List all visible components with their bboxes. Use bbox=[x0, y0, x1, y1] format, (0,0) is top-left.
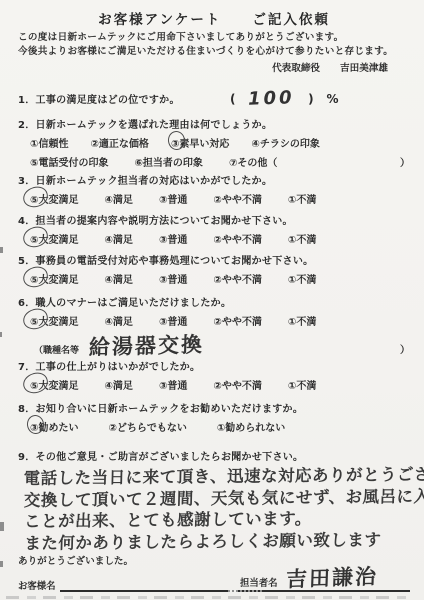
staff-name-group: 担当者名 吉田謙治 bbox=[238, 567, 410, 592]
choice-option: ②やや不満 bbox=[213, 377, 261, 392]
job-type-paren-close: ） bbox=[400, 341, 410, 356]
scan-artifact bbox=[0, 561, 3, 567]
choice-option: ②どちらでもない bbox=[108, 419, 186, 434]
handwritten-comment: 電話した当日に来て頂き、迅速な対応ありがとうございました。 交換して頂いて２週間… bbox=[24, 464, 411, 554]
question-6-label: 6．職人のマナーはご満足いただけましたか。 bbox=[18, 294, 410, 309]
question-6: 6．職人のマナーはご満足いただけましたか。 ⑤大変満足 ④満足 ③普通 ②やや不… bbox=[18, 294, 410, 360]
choice-option-selected: ③勧めたい bbox=[30, 419, 78, 434]
question-8-label: 8．お知り合いに日新ホームテックをお勧めいただけますか。 bbox=[18, 400, 410, 415]
choice-option: ①不満 bbox=[288, 191, 316, 206]
question-5-choices: ⑤大変満足 ④満足 ③普通 ②やや不満 ①不満 bbox=[30, 271, 410, 286]
choice-option: ①不満 bbox=[288, 271, 316, 286]
question-4-label: 4．担当者の提案内容や説明方法についてお聞かせ下さい。 bbox=[18, 212, 410, 227]
question-7: 7．工事の仕上がりはいかがでしたか。 ⑤大変満足 ④満足 ③普通 ②やや不満 ①… bbox=[18, 358, 410, 392]
choice-option-selected: ⑤大変満足 bbox=[30, 191, 78, 206]
choice-option: ④満足 bbox=[104, 231, 132, 246]
customer-name-group: お客様名 bbox=[18, 578, 228, 592]
choice-option: ①不満 bbox=[288, 313, 316, 328]
intro-line-2: 今後共よりお客様にご満足いただける住まいづくりを心がけて参りたいと存じます。 bbox=[18, 45, 410, 59]
handwritten-staff-name: 吉田謙治 bbox=[285, 565, 378, 590]
comment-line-4: また何かありましたらよろしくお願い致します bbox=[24, 528, 411, 554]
question-7-label: 7．工事の仕上がりはいかがでしたか。 bbox=[18, 358, 410, 373]
choice-option: ②やや不満 bbox=[213, 313, 261, 328]
question-2-label: 2．日新ホームテックを選ばれた理由は何でしょうか。 bbox=[18, 116, 410, 131]
question-1: 1．工事の満足度はどの位ですか。 ( 100 ) % bbox=[18, 88, 410, 109]
choice-option: ②やや不満 bbox=[213, 191, 261, 206]
choice-option: ⑤電話受付の印象 bbox=[30, 154, 108, 169]
question-5-label: 5．事務員の電話受付対応や事務処理についてお聞かせ下さい。 bbox=[18, 252, 410, 267]
choice-option: ④チラシの印象 bbox=[251, 135, 319, 150]
choice-option: ①不満 bbox=[288, 377, 316, 392]
signature-name: 吉田美津雄 bbox=[340, 60, 388, 74]
choice-option-selected: ③素早い対応 bbox=[171, 135, 229, 150]
customer-name-label: お客様名 bbox=[18, 578, 56, 592]
question-9: 9．その他ご意見・ご助言がございましたらお聞かせ下さい。 電話した当日に来て頂き… bbox=[18, 448, 410, 552]
scan-cutoff-line bbox=[6, 596, 410, 599]
choice-option: ⑦その他（ bbox=[229, 154, 277, 169]
question-1-answer: ( 100 ) % bbox=[230, 88, 339, 109]
signature-row: 代表取締役 吉田美津雄 bbox=[18, 60, 410, 74]
choice-option-selected: ⑤大変満足 bbox=[30, 231, 78, 246]
choice-option-selected: ⑤大変満足 bbox=[30, 271, 78, 286]
question-6-choices: ⑤大変満足 ④満足 ③普通 ②やや不満 ①不満 bbox=[30, 313, 410, 328]
choice-option: ③普通 bbox=[159, 271, 187, 286]
question-3-choices: ⑤大変満足 ④満足 ③普通 ②やや不満 ①不満 bbox=[30, 191, 410, 206]
question-8: 8．お知り合いに日新ホームテックをお勧めいただけますか。 ③勧めたい ②どちらで… bbox=[18, 400, 410, 434]
choice-option: ③普通 bbox=[159, 377, 187, 392]
choice-option: ④満足 bbox=[104, 313, 132, 328]
question-3-label: 3．日新ホームテック担当者の対応はいかがでしたか。 bbox=[18, 172, 410, 187]
choice-option: ③普通 bbox=[159, 231, 187, 246]
paren-close: ) bbox=[308, 92, 313, 106]
intro-paragraph: この度は日新ホームテックにご用命下さいましてありがとうございます。 今後共よりお… bbox=[18, 31, 410, 60]
choice-option-selected: ⑤大変満足 bbox=[30, 377, 78, 392]
question-8-choices: ③勧めたい ②どちらでもない ①勧められない bbox=[30, 419, 410, 434]
survey-scan-page: お客様アンケート ご記入依頼 この度は日新ホームテックにご用命下さいましてありが… bbox=[0, 0, 424, 600]
choice-option: ④満足 bbox=[104, 191, 132, 206]
question-2-choices-row1: ①信頼性 ②適正な価格 ③素早い対応 ④チラシの印象 bbox=[30, 135, 410, 150]
job-type-row: （職種名等 給湯器交換 ） bbox=[34, 330, 410, 360]
customer-name-field bbox=[60, 589, 228, 592]
job-type-label: （職種名等 bbox=[34, 343, 79, 356]
choice-option: ③普通 bbox=[159, 191, 187, 206]
scan-artifact bbox=[0, 247, 3, 253]
choice-option: ④満足 bbox=[104, 271, 132, 286]
question-4: 4．担当者の提案内容や説明方法についてお聞かせ下さい。 ⑤大変満足 ④満足 ③普… bbox=[18, 212, 410, 246]
question-2: 2．日新ホームテックを選ばれた理由は何でしょうか。 ①信頼性 ②適正な価格 ③素… bbox=[18, 116, 410, 169]
page-title: お客様アンケート ご記入依頼 bbox=[18, 8, 410, 28]
choice-option: ④満足 bbox=[104, 377, 132, 392]
question-4-choices: ⑤大変満足 ④満足 ③普通 ②やや不満 ①不満 bbox=[30, 231, 410, 246]
choice-option: ①不満 bbox=[288, 231, 316, 246]
other-paren-close: ） bbox=[400, 154, 410, 169]
question-1-label: 1．工事の満足度はどの位ですか。 bbox=[18, 91, 230, 106]
staff-name-label: 担当者名 bbox=[240, 575, 278, 589]
question-9-label: 9．その他ご意見・ご助言がございましたらお聞かせ下さい。 bbox=[18, 448, 410, 463]
choice-option: ②やや不満 bbox=[213, 271, 261, 286]
question-5: 5．事務員の電話受付対応や事務処理についてお聞かせ下さい。 ⑤大変満足 ④満足 … bbox=[18, 252, 410, 286]
choice-option: ②やや不満 bbox=[213, 231, 261, 246]
choice-option: ①信頼性 bbox=[30, 135, 68, 150]
intro-line-1: この度は日新ホームテックにご用命下さいましてありがとうございます。 bbox=[18, 31, 410, 45]
signature-role: 代表取締役 bbox=[272, 60, 320, 74]
question-2-choices-row2: ⑤電話受付の印象 ⑥担当者の印象 ⑦その他（ ） bbox=[30, 154, 410, 169]
question-3: 3．日新ホームテック担当者の対応はいかがでしたか。 ⑤大変満足 ④満足 ③普通 … bbox=[18, 172, 410, 206]
scan-artifact bbox=[0, 522, 4, 531]
choice-option: ②適正な価格 bbox=[90, 135, 148, 150]
signature-footer: お客様名 担当者名 吉田謙治 bbox=[18, 567, 410, 592]
paren-open: ( bbox=[230, 92, 235, 106]
choice-option: ⑥担当者の印象 bbox=[134, 154, 202, 169]
handwritten-job-type: 給湯器交換 bbox=[89, 328, 205, 361]
handwritten-satisfaction-value: 100 bbox=[248, 87, 295, 110]
question-7-choices: ⑤大変満足 ④満足 ③普通 ②やや不満 ①不満 bbox=[30, 377, 410, 392]
percent-sign: % bbox=[327, 92, 339, 106]
choice-option-selected: ⑤大変満足 bbox=[30, 313, 78, 328]
choice-option: ①勧められない bbox=[217, 419, 285, 434]
scan-artifact bbox=[0, 332, 2, 337]
choice-option: ③普通 bbox=[159, 313, 187, 328]
